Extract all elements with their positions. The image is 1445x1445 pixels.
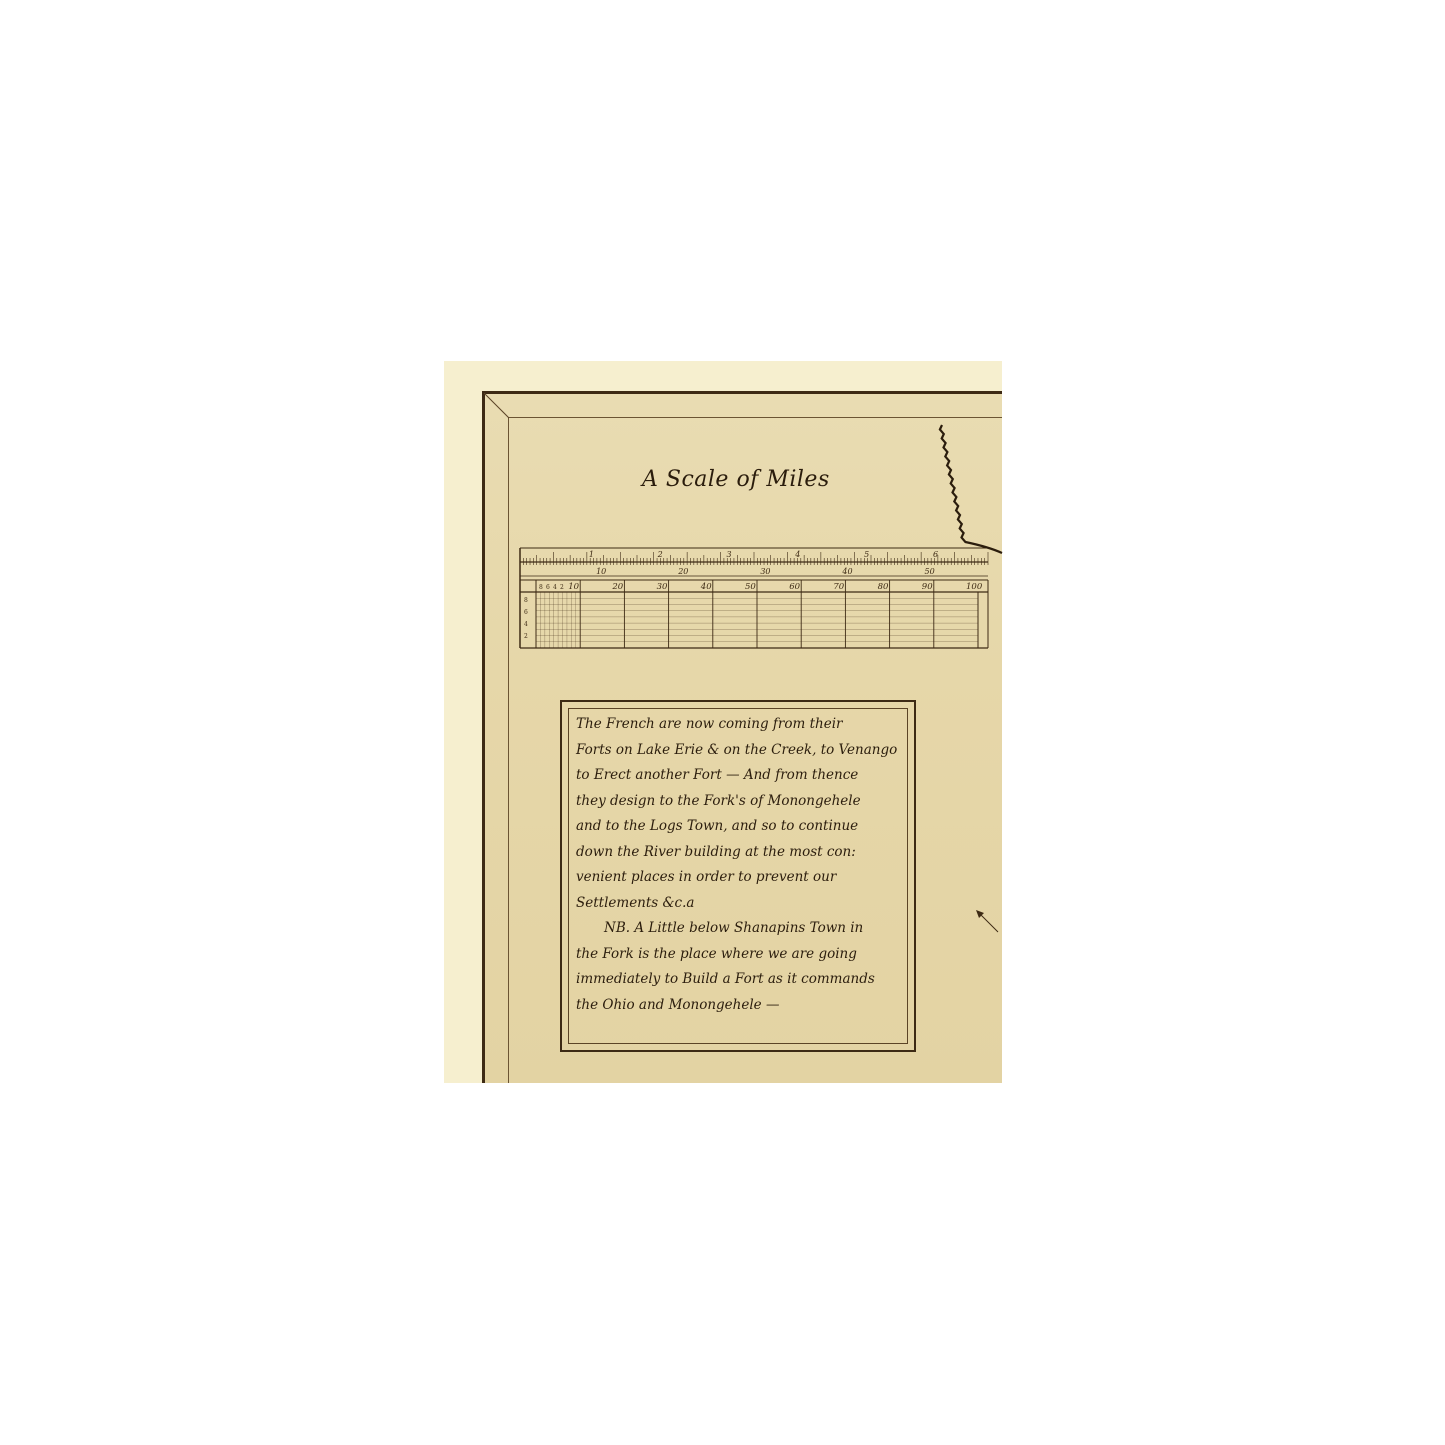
svg-text:8: 8 bbox=[539, 584, 543, 591]
nb-line: the Fork is the place where we are going bbox=[576, 942, 902, 968]
svg-text:80: 80 bbox=[878, 582, 889, 592]
svg-text:6: 6 bbox=[524, 609, 528, 616]
svg-text:30: 30 bbox=[760, 567, 770, 576]
svg-text:40: 40 bbox=[700, 582, 712, 592]
svg-text:50: 50 bbox=[925, 567, 935, 576]
svg-text:30: 30 bbox=[657, 582, 668, 592]
svg-text:20: 20 bbox=[611, 582, 623, 592]
corner-bevel-line bbox=[484, 393, 510, 419]
nb-line: immediately to Build a Fort as it comman… bbox=[576, 967, 902, 993]
note-line: down the River building at the most con: bbox=[576, 840, 902, 866]
svg-text:90: 90 bbox=[922, 582, 933, 592]
note-text: The French are now coming from their For… bbox=[576, 712, 902, 1018]
svg-text:2: 2 bbox=[524, 633, 528, 640]
svg-text:1: 1 bbox=[589, 550, 594, 559]
nb-line: the Ohio and Monongehele — bbox=[576, 993, 902, 1019]
nb-line: NB. A Little below Shanapins Town in bbox=[576, 916, 902, 942]
note-line: to Erect another Fort — And from thence bbox=[576, 763, 902, 789]
note-line: Forts on Lake Erie & on the Creek, to Ve… bbox=[576, 738, 902, 764]
scale-of-miles-bar: 1234561020304050102030405060708090100864… bbox=[518, 546, 998, 656]
svg-text:3: 3 bbox=[726, 550, 731, 559]
svg-text:10: 10 bbox=[568, 582, 579, 592]
arrow-icon bbox=[972, 906, 1002, 936]
note-line: venient places in order to prevent our bbox=[576, 865, 902, 891]
svg-text:60: 60 bbox=[789, 582, 800, 592]
scale-of-miles-title: A Scale of Miles bbox=[642, 467, 830, 492]
note-line: The French are now coming from their bbox=[576, 712, 902, 738]
note-line: they design to the Fork's of Monongehele bbox=[576, 789, 902, 815]
svg-text:8: 8 bbox=[524, 597, 528, 604]
svg-text:4: 4 bbox=[794, 550, 800, 559]
svg-text:2: 2 bbox=[560, 584, 564, 591]
svg-text:50: 50 bbox=[745, 582, 756, 592]
coastline-wavy bbox=[934, 421, 1004, 561]
svg-text:2: 2 bbox=[657, 550, 663, 559]
svg-text:5: 5 bbox=[864, 550, 869, 559]
svg-text:20: 20 bbox=[677, 567, 688, 576]
svg-text:100: 100 bbox=[966, 582, 983, 592]
svg-text:4: 4 bbox=[524, 621, 528, 628]
svg-text:70: 70 bbox=[833, 582, 844, 592]
svg-text:4: 4 bbox=[553, 584, 557, 591]
note-line: and to the Logs Town, and so to continue bbox=[576, 814, 902, 840]
svg-text:10: 10 bbox=[596, 567, 606, 576]
svg-text:40: 40 bbox=[841, 567, 852, 576]
note-box: The French are now coming from their For… bbox=[560, 700, 916, 1052]
svg-text:6: 6 bbox=[546, 584, 550, 591]
map-sheet: A Scale of Miles 12345610203040501020304… bbox=[444, 361, 1002, 1083]
note-line: Settlements &c.a bbox=[576, 891, 902, 917]
